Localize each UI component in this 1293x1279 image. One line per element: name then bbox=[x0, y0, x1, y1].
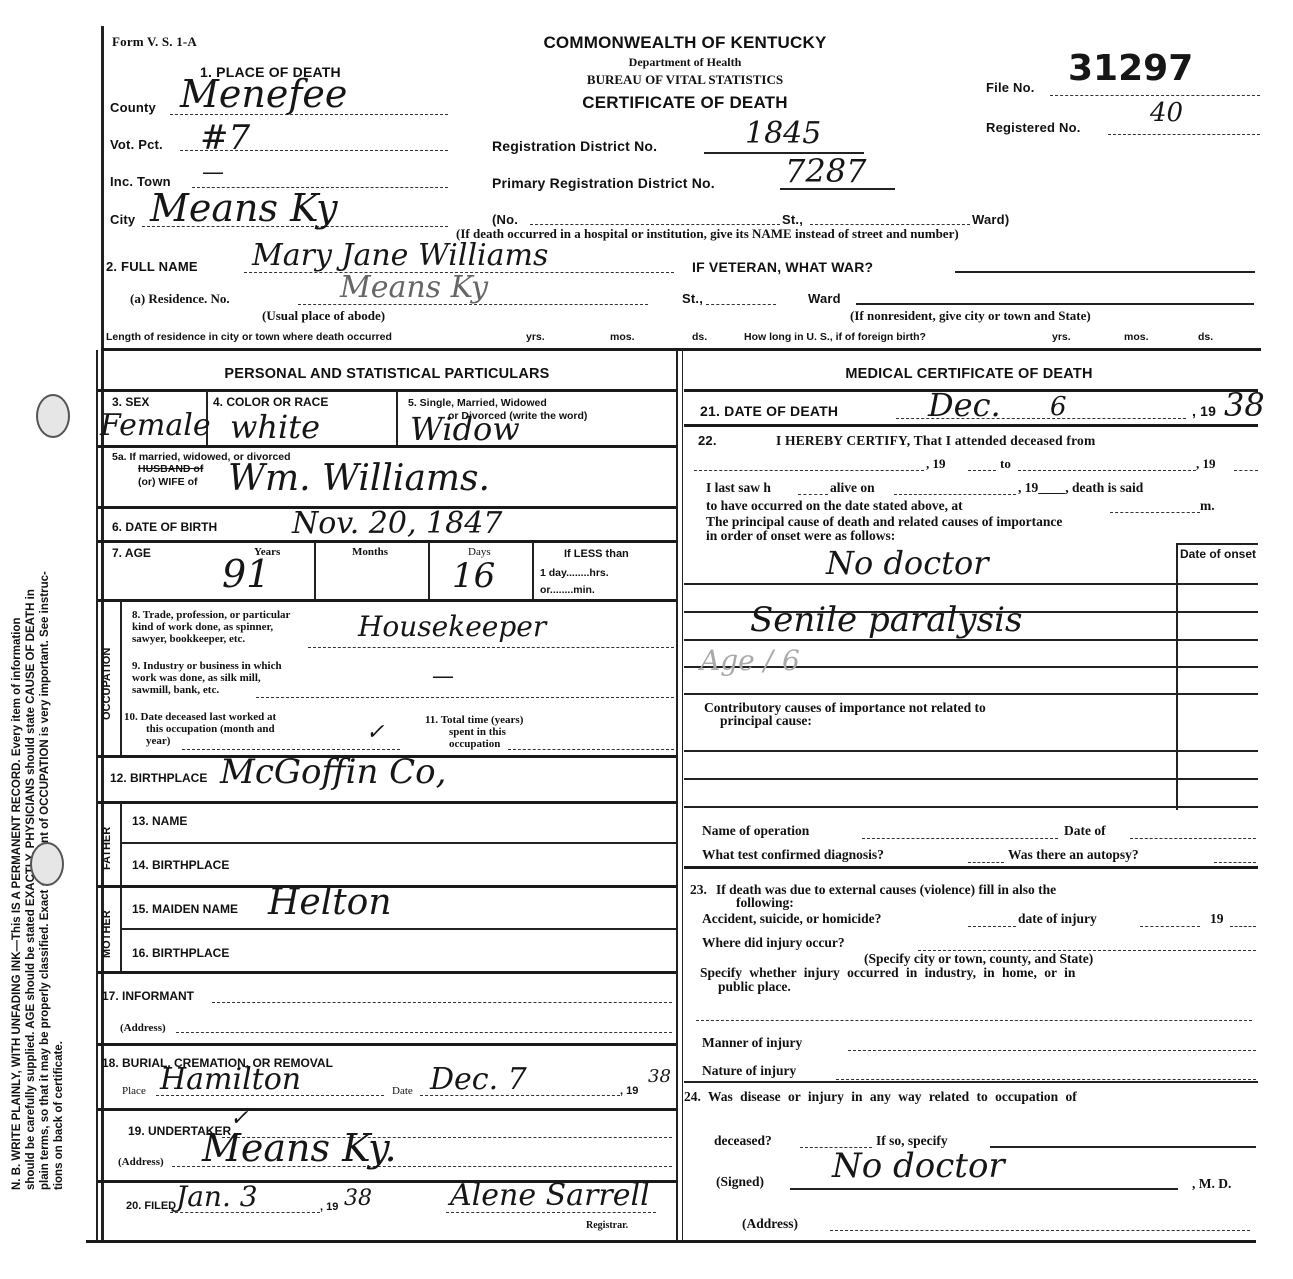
injury-date-label: date of injury bbox=[1018, 911, 1097, 927]
less-day-label: 1 day........hrs. bbox=[540, 567, 609, 579]
last-worked-line bbox=[182, 749, 400, 750]
burial-year-prefix: , 19 bbox=[620, 1085, 638, 1097]
city-value: Means Ky bbox=[150, 186, 338, 230]
marital-label-1: 5. Single, Married, Widowed bbox=[408, 397, 547, 409]
certify-line2-b: , 19 bbox=[1196, 456, 1216, 472]
last-worked-value: ✓ bbox=[366, 720, 384, 745]
physician-address-line bbox=[830, 1230, 1250, 1231]
filed-label: 20. FILED bbox=[126, 1200, 176, 1212]
father-birthplace-label: 14. BIRTHPLACE bbox=[132, 858, 229, 872]
contributory-text-2: principal cause: bbox=[720, 713, 812, 729]
primary-reg-district-label: Primary Registration District No. bbox=[492, 175, 715, 191]
burial-row-divider bbox=[98, 1108, 676, 1111]
certify-from-line bbox=[694, 470, 924, 471]
certify-from-year-line bbox=[968, 470, 996, 471]
us-yrs: yrs. bbox=[1052, 331, 1071, 343]
no-label: (No. bbox=[492, 212, 518, 227]
occupation-side-label: OCCUPATION bbox=[101, 648, 113, 720]
undertaker-address-label: (Address) bbox=[118, 1156, 164, 1168]
less-min-label: or........min. bbox=[540, 584, 595, 596]
industry-value: — bbox=[432, 664, 454, 689]
trade-line bbox=[308, 647, 674, 648]
st-line bbox=[810, 224, 970, 225]
certificate-title: CERTIFICATE OF DEATH bbox=[490, 93, 880, 113]
us-ds: ds. bbox=[1198, 331, 1213, 343]
st-label: St., bbox=[782, 212, 803, 227]
us-mos: mos. bbox=[1124, 331, 1149, 343]
occurred-text: to have occurred on the date stated abov… bbox=[706, 498, 963, 514]
burial-place-value: Hamilton bbox=[160, 1062, 301, 1097]
date-of-death-month: Dec. bbox=[928, 386, 1001, 424]
last-worked-label-3: year) bbox=[124, 735, 276, 747]
dob-value: Nov. 20, 1847 bbox=[292, 506, 502, 541]
undertaker-address-value: Means Ky. bbox=[202, 1126, 397, 1170]
mother-maiden-divider bbox=[122, 928, 676, 930]
date-of-death-year-prefix: , 19 bbox=[1192, 403, 1216, 419]
top-section-divider bbox=[101, 348, 1261, 351]
column-divider-2 bbox=[682, 350, 683, 1240]
trade-label-3: sawyer, bookkeeper, etc. bbox=[132, 633, 290, 645]
total-time-label-1: 11. Total time (years) bbox=[425, 714, 523, 726]
registered-no-line bbox=[1108, 134, 1260, 135]
m-label: m. bbox=[1200, 498, 1215, 514]
accident-line bbox=[968, 926, 1016, 927]
full-name-value: Mary Jane Williams bbox=[252, 238, 548, 273]
operation-label: Name of operation bbox=[702, 823, 809, 839]
sex-value: Female bbox=[100, 408, 211, 443]
cause-line-5-rule bbox=[684, 693, 1258, 695]
age-label: 7. AGE bbox=[112, 546, 151, 560]
mother-maiden-label: 15. MAIDEN NAME bbox=[132, 902, 238, 916]
how-long-us-label: How long in U. S., if of foreign birth? bbox=[744, 331, 926, 343]
residence-mos: mos. bbox=[610, 331, 635, 343]
punch-hole-bottom bbox=[30, 842, 64, 886]
ward-label: Ward) bbox=[972, 212, 1009, 227]
trade-label: 8. Trade, profession, or particular kind… bbox=[132, 609, 290, 645]
operation-line bbox=[862, 838, 1058, 839]
death-said: , 19____, death is said bbox=[1018, 480, 1143, 496]
age-months-divider bbox=[428, 542, 430, 600]
industry-label: 9. Industry or business in which work wa… bbox=[132, 660, 282, 696]
contributory-rule-1 bbox=[684, 750, 1258, 752]
bureau: BUREAU OF VITAL STATISTICS bbox=[490, 72, 880, 88]
injury-place-line bbox=[696, 1020, 1252, 1021]
trade-label-1: 8. Trade, profession, or particular bbox=[132, 609, 290, 621]
operation-date-label: Date of bbox=[1064, 823, 1106, 839]
external-text-2: following: bbox=[736, 895, 794, 911]
age-row-divider bbox=[98, 599, 676, 602]
years-value: 91 bbox=[222, 552, 270, 596]
occupation-side-divider bbox=[120, 601, 122, 756]
alive-on-line bbox=[894, 494, 1016, 495]
certify-to-year-line bbox=[1234, 470, 1258, 471]
informant-line bbox=[212, 1002, 672, 1003]
birthplace-row-divider bbox=[98, 801, 676, 804]
operation-date-line bbox=[1130, 838, 1256, 839]
residence-ward-line bbox=[856, 303, 1254, 305]
mother-maiden-value: Helton bbox=[268, 882, 392, 923]
father-name-label: 13. NAME bbox=[132, 814, 187, 828]
left-column-left-border bbox=[96, 350, 98, 1240]
last-worked-label-1: 10. Date deceased last worked at bbox=[124, 711, 276, 723]
autopsy-label: Was there an autopsy? bbox=[1008, 847, 1139, 863]
punch-hole-top bbox=[36, 394, 70, 438]
less-than-label: If LESS than bbox=[564, 548, 629, 560]
county-label: County bbox=[110, 100, 156, 115]
diagnosis-divider bbox=[684, 866, 1258, 869]
last-worked-label: 10. Date deceased last worked at this oc… bbox=[124, 711, 276, 747]
residence-st-line bbox=[706, 304, 776, 305]
if-so-line bbox=[990, 1146, 1256, 1148]
spouse-label-2: HUSBAND of bbox=[138, 463, 203, 475]
last-saw-text: I last saw h bbox=[706, 480, 771, 496]
physician-address-label: (Address) bbox=[742, 1216, 798, 1232]
injury-year-line bbox=[1230, 926, 1256, 927]
race-label: 4. COLOR OR RACE bbox=[213, 395, 328, 409]
margin-line-4: tions on back of certificate. bbox=[52, 70, 66, 1190]
father-name-divider bbox=[122, 842, 676, 844]
father-side-label: FATHER bbox=[101, 827, 113, 870]
nonresident-note: (If nonresident, give city or town and S… bbox=[850, 308, 1091, 324]
margin-instructions: N. B. WRITE PLAINLY, WITH UNFADING INK—T… bbox=[10, 70, 66, 1190]
filed-year-value: 38 bbox=[344, 1186, 372, 1211]
mother-birthplace-label: 16. BIRTHPLACE bbox=[132, 946, 229, 960]
dob-row-divider bbox=[98, 540, 676, 543]
residence-value: Means Ky bbox=[340, 270, 488, 305]
industry-label-3: sawmill, bank, etc. bbox=[132, 684, 282, 696]
cause-line-1-rule bbox=[684, 583, 1258, 585]
reg-district-value: 1845 bbox=[745, 116, 821, 151]
days-value: 16 bbox=[452, 556, 495, 596]
test-line bbox=[968, 862, 1004, 863]
external-num: 23. bbox=[690, 882, 707, 898]
sex-row-divider bbox=[98, 445, 676, 448]
age-years-divider bbox=[314, 542, 316, 600]
mother-row-divider bbox=[98, 971, 676, 974]
injury-year-label: 19 bbox=[1210, 911, 1224, 927]
birthplace-label: 12. BIRTHPLACE bbox=[110, 771, 207, 785]
total-time-label: 11. Total time (years) spent in this occ… bbox=[425, 714, 523, 750]
filed-value: Jan. 3 bbox=[176, 1180, 258, 1213]
alive-on: alive on bbox=[830, 480, 875, 496]
burial-date-value: Dec. 7 bbox=[430, 1062, 527, 1097]
veteran-label: IF VETERAN, WHAT WAR? bbox=[692, 259, 873, 275]
contributory-rule-3 bbox=[684, 806, 1258, 808]
birthplace-value: McGoffin Co, bbox=[220, 752, 446, 792]
county-value: Menefee bbox=[180, 72, 347, 116]
signed-line bbox=[790, 1188, 1178, 1190]
date-of-death-year: 38 bbox=[1224, 386, 1265, 424]
trade-label-2: kind of work done, as spinner, bbox=[132, 621, 290, 633]
race-value: white bbox=[230, 408, 320, 446]
registrar-signature: Alene Sarrell bbox=[450, 1178, 650, 1213]
margin-line-3: plain terms, so that it may be properly … bbox=[38, 70, 52, 1190]
full-name-label: 2. FULL NAME bbox=[106, 259, 198, 274]
form-bottom-border bbox=[86, 1240, 1256, 1243]
industry-label-2: work was done, as silk mill, bbox=[132, 672, 282, 684]
signed-value: No doctor bbox=[832, 1146, 1005, 1186]
residence-st-label: St., bbox=[682, 291, 703, 306]
race-marital-divider bbox=[396, 391, 398, 446]
parents-side-divider bbox=[120, 803, 122, 973]
onset-header-top bbox=[1176, 543, 1258, 545]
total-time-line bbox=[508, 749, 674, 750]
residence-ward-label: Ward bbox=[808, 291, 841, 306]
veteran-line bbox=[955, 271, 1255, 273]
inc-town-value: — bbox=[202, 160, 224, 185]
informant-label: 17. INFORMANT bbox=[102, 989, 194, 1003]
injury-date-line bbox=[1140, 926, 1200, 927]
burial-date-label: Date bbox=[392, 1085, 413, 1097]
burial-place-label: Place bbox=[122, 1085, 146, 1097]
last-worked-label-2: this occupation (month and bbox=[124, 723, 276, 735]
margin-line-2: should be carefully supplied. AGE should… bbox=[24, 70, 38, 1190]
last-saw-h-line bbox=[798, 494, 828, 495]
occupation-related-2: deceased? bbox=[714, 1133, 772, 1149]
registered-no-label: Registered No. bbox=[986, 120, 1081, 135]
file-no-label: File No. bbox=[986, 80, 1035, 95]
sex-label: 3. SEX bbox=[112, 395, 149, 409]
certify-text: I HEREBY CERTIFY, That I attended deceas… bbox=[776, 433, 1095, 449]
certify-to-line bbox=[1018, 470, 1196, 471]
form-id: Form V. S. 1-A bbox=[112, 34, 197, 50]
age-days-divider bbox=[532, 542, 534, 600]
months-label: Months bbox=[352, 546, 388, 558]
burial-year-value: 38 bbox=[648, 1066, 671, 1087]
industry-line bbox=[256, 697, 674, 698]
cause-line-1: No doctor bbox=[826, 544, 989, 582]
nature-label: Nature of injury bbox=[702, 1063, 796, 1079]
length-residence-label: Length of residence in city or town wher… bbox=[106, 331, 392, 343]
cause-line-2: Senile paralysis bbox=[750, 600, 1022, 640]
reg-district-label: Registration District No. bbox=[492, 138, 657, 154]
date-of-death-day: 6 bbox=[1050, 392, 1067, 422]
spouse-label-3: (or) WIFE of bbox=[138, 476, 197, 488]
manner-label: Manner of injury bbox=[702, 1035, 802, 1051]
certify-line2-a: , 19 bbox=[926, 456, 946, 472]
date-of-onset-label: Date of onset bbox=[1180, 548, 1256, 561]
occurred-time-line bbox=[1110, 512, 1200, 513]
occupation-related-1: 24. Was disease or injury in any way rel… bbox=[684, 1089, 1077, 1105]
nature-divider bbox=[684, 1081, 1258, 1083]
city-label: City bbox=[110, 212, 135, 227]
cause-line-3: Age / 6 bbox=[700, 644, 800, 677]
trade-value: Housekeeper bbox=[358, 610, 546, 643]
vot-pct-value: #7 bbox=[200, 118, 250, 158]
mother-side-label: MOTHER bbox=[101, 910, 113, 958]
certify-num: 22. bbox=[698, 433, 717, 448]
file-no-value: 31297 bbox=[1068, 48, 1193, 89]
industry-label-1: 9. Industry or business in which bbox=[132, 660, 282, 672]
primary-reg-district-value: 7287 bbox=[785, 152, 866, 190]
filed-year-prefix: , 19 bbox=[320, 1201, 338, 1213]
principal-cause-text-2: in order of onset were as follows: bbox=[706, 528, 895, 544]
informant-address-label: (Address) bbox=[120, 1022, 166, 1034]
residence-label: (a) Residence. No. bbox=[130, 291, 230, 307]
department: Department of Health bbox=[490, 55, 880, 70]
marital-value: Widow bbox=[410, 410, 520, 448]
residence-ds: ds. bbox=[692, 331, 707, 343]
spouse-value: Wm. Williams. bbox=[228, 458, 490, 499]
where-injury-label: Where did injury occur? bbox=[702, 935, 845, 951]
accident-label: Accident, suicide, or homicide? bbox=[702, 911, 881, 927]
md-label: , M. D. bbox=[1192, 1176, 1231, 1192]
personal-title-divider bbox=[98, 389, 676, 392]
test-label: What test confirmed diagnosis? bbox=[702, 847, 884, 863]
signed-label: (Signed) bbox=[716, 1174, 764, 1190]
column-divider bbox=[676, 350, 678, 1240]
registered-no-value: 40 bbox=[1150, 98, 1183, 128]
usual-abode-note: (Usual place of abode) bbox=[262, 308, 385, 324]
street-no-line bbox=[530, 224, 780, 225]
manner-line bbox=[848, 1050, 1256, 1051]
autopsy-line bbox=[1214, 862, 1256, 863]
certify-line2-to: to bbox=[1000, 456, 1011, 472]
informant-row-divider bbox=[98, 1043, 676, 1046]
vot-pct-label: Vot. Pct. bbox=[110, 137, 163, 152]
specify-whether-2: public place. bbox=[718, 979, 791, 995]
residence-yrs: yrs. bbox=[526, 331, 545, 343]
dob-label: 6. DATE OF BIRTH bbox=[112, 520, 217, 534]
nature-line bbox=[836, 1079, 1256, 1080]
date-of-death-label: 21. DATE OF DEATH bbox=[700, 403, 838, 419]
total-time-label-2: spent in this bbox=[425, 726, 523, 738]
medical-section-title: MEDICAL CERTIFICATE OF DEATH bbox=[684, 366, 1254, 382]
informant-address-line bbox=[176, 1032, 672, 1033]
personal-section-title: PERSONAL AND STATISTICAL PARTICULARS bbox=[98, 366, 676, 382]
file-no-line bbox=[1050, 95, 1260, 96]
date-of-death-divider bbox=[684, 424, 1258, 427]
state-title: COMMONWEALTH OF KENTUCKY bbox=[490, 33, 880, 53]
registrar-label: Registrar. bbox=[586, 1220, 628, 1232]
contributory-rule-2 bbox=[684, 778, 1258, 780]
margin-line-1: N. B. WRITE PLAINLY, WITH UNFADING INK—T… bbox=[10, 70, 24, 1190]
